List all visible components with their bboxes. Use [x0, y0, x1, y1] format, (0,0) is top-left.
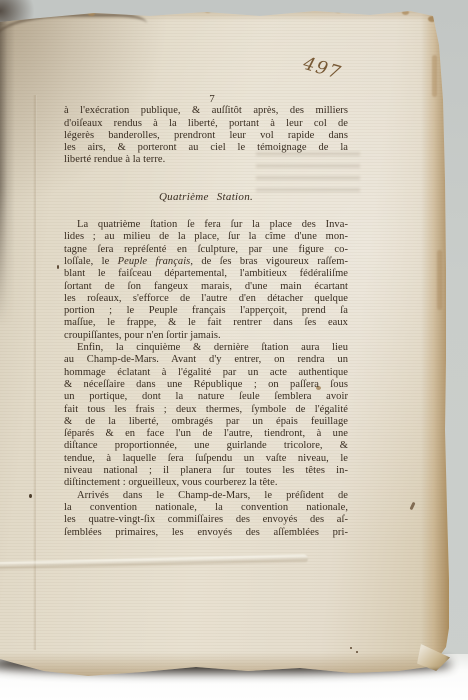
edge-streak-1	[432, 55, 437, 97]
text-line: la convention nationale, la convention n…	[64, 502, 348, 514]
text-line: maſſue, le frappe, & le fait rentrer dan…	[64, 317, 348, 329]
text-line: blant le faiſceau départemental, l'ambit…	[64, 268, 348, 280]
stain-6	[57, 265, 59, 269]
crease-line	[0, 554, 308, 571]
text-line: niveau national ; il planera ſur toutes …	[64, 465, 348, 477]
text-line: hommage éclatant à l'égalité par un acte…	[64, 367, 348, 379]
stain-3	[29, 494, 32, 498]
text-line: lides ; au milieu de la place, ſur la cî…	[64, 231, 348, 243]
text-line: les roſeaux, s'efforce de l'autre d'en d…	[64, 293, 348, 305]
text-line: tendue, à laquelle ſera ſuſpendu un vaſt…	[64, 453, 348, 465]
deckle-spot-5	[402, 10, 409, 15]
deckle-spot-3	[205, 9, 211, 13]
text-line: fait tous les frais ; deux thermes, ſymb…	[64, 404, 348, 416]
text-line: tagne ſera repréſenté en ſculpture, par …	[64, 244, 348, 256]
section-heading: Quatrième Station.	[64, 191, 348, 203]
text-line: ſortant de ſon fangeux marais, d'une mai…	[64, 281, 348, 293]
deckle-spot-1	[88, 12, 95, 16]
text-line: d'oiſeaux rendus à la liberté, portant à…	[64, 118, 348, 130]
gutter-shadow	[0, 16, 15, 326]
text-line: ſéparés & en face l'un de l'autre, tiend…	[64, 428, 348, 440]
text-line: un portique, dont la nature ſeule ſemble…	[64, 391, 348, 403]
text-line: & de la liberté, ombragés par un épais f…	[64, 416, 348, 428]
text-line: La quatrième ſtation ſe fera ſur la plac…	[64, 219, 348, 231]
deckle-spot-4	[335, 9, 342, 13]
deckle-spot-6	[428, 16, 436, 22]
page-right-edge	[421, 8, 450, 660]
text-line: les quatre-vingt-ſix commiſſaires des en…	[64, 514, 348, 526]
stain-4	[350, 647, 352, 649]
deckle-spot-2	[150, 10, 156, 14]
text-line: au Champ-de-Mars. Avant d'y entrer, on r…	[64, 354, 348, 366]
text-line: liberté rendue à la terre.	[64, 154, 348, 166]
photo-frame: 7à l'exécration publique, & auſſitôt apr…	[0, 0, 468, 700]
text-line: croupiſſantes, pour n'en ſortir jamais.	[64, 330, 348, 342]
text-line: légerès banderolles, prendront leur vol …	[64, 130, 348, 142]
handwritten-folio: 497	[301, 53, 344, 84]
text-line: diſtinctement : orgueilleux, vous courbe…	[64, 477, 348, 489]
text-block: 7à l'exécration publique, & auſſitôt apr…	[64, 93, 348, 539]
text-line: les airs, & porteront au ciel le témoign…	[64, 142, 348, 154]
text-line: & néceſſaire dans une République ; on pa…	[64, 379, 348, 391]
text-line: ſemblées primaires, les envoyés des aſſe…	[64, 527, 348, 539]
page-number: 7	[64, 93, 348, 105]
text-line: diſtance proportionnée, une guirlande tr…	[64, 440, 348, 452]
book-page: 7à l'exécration publique, & auſſitôt apr…	[0, 0, 468, 700]
text-line: à l'exécration publique, & auſſitôt aprè…	[64, 105, 348, 117]
text-line: Enfin, la cinquième & dernière ſtation a…	[64, 342, 348, 354]
stain-5	[356, 651, 358, 653]
stain-2	[409, 502, 415, 511]
text-line: Arrivés dans le Champ-de-Mars, le préſid…	[64, 490, 348, 502]
text-line: loſſale, le Peuple français, de ſes bras…	[64, 256, 348, 268]
text-line: portion ; le Peuple français l'apperçoit…	[64, 305, 348, 317]
edge-streak-2	[437, 250, 442, 310]
